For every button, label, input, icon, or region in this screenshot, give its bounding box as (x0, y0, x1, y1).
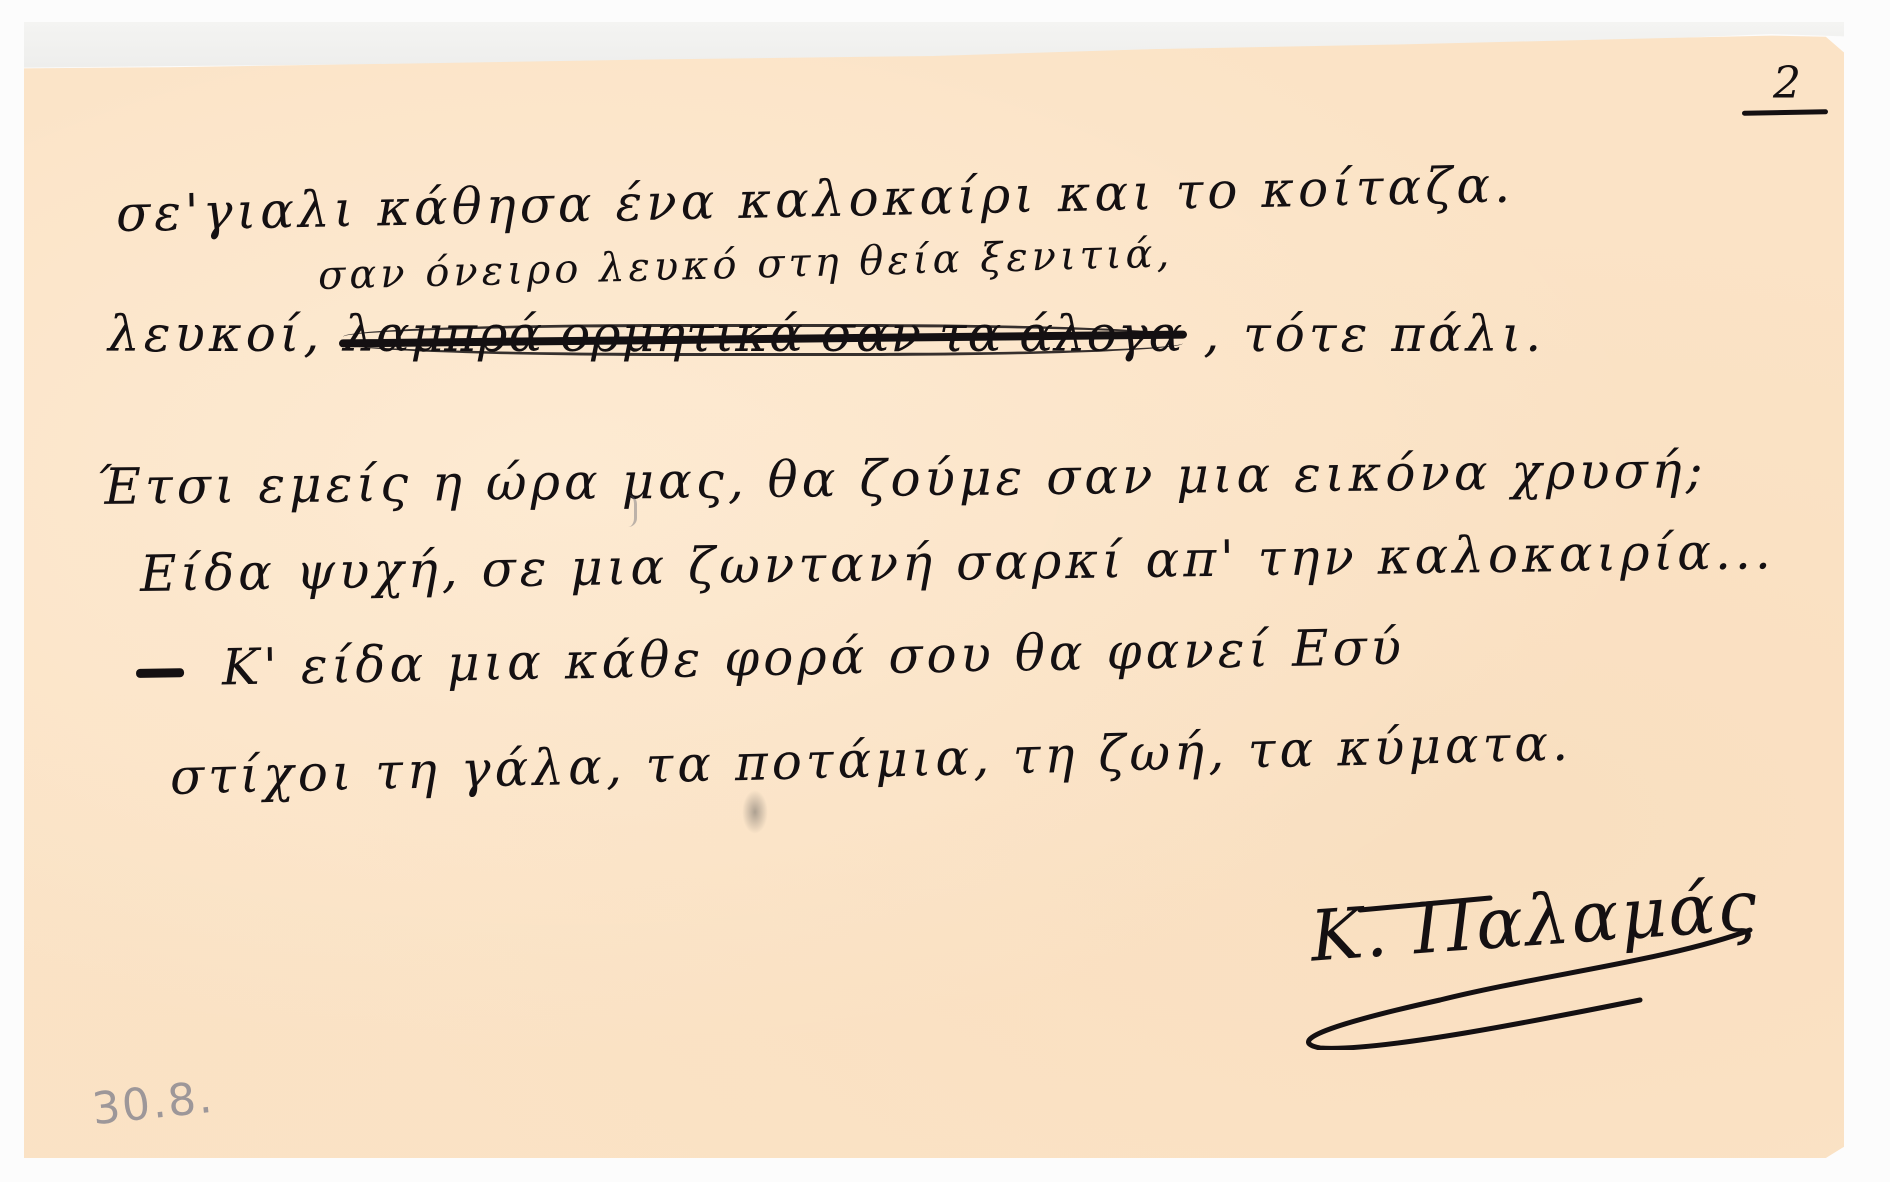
struck-through-text: λαμπρά ορμητικά σαν τα άλογα (343, 305, 1183, 363)
faint-pencil-mark (628, 495, 637, 527)
dash-mark (136, 668, 184, 678)
ink-smudge (742, 790, 768, 834)
line-2-suffix: , τότε πάλι. (1203, 305, 1545, 363)
manuscript-line-2: λευκοί, λαμπρά ορμητικά σαν τα άλογα , τ… (108, 305, 1545, 363)
signature: K. Παλαμάς (1290, 880, 1770, 1050)
line-2-prefix: λευκοί, (108, 305, 323, 363)
signature-flourish-icon (1290, 880, 1770, 1050)
page-number: 2 (1752, 58, 1822, 109)
